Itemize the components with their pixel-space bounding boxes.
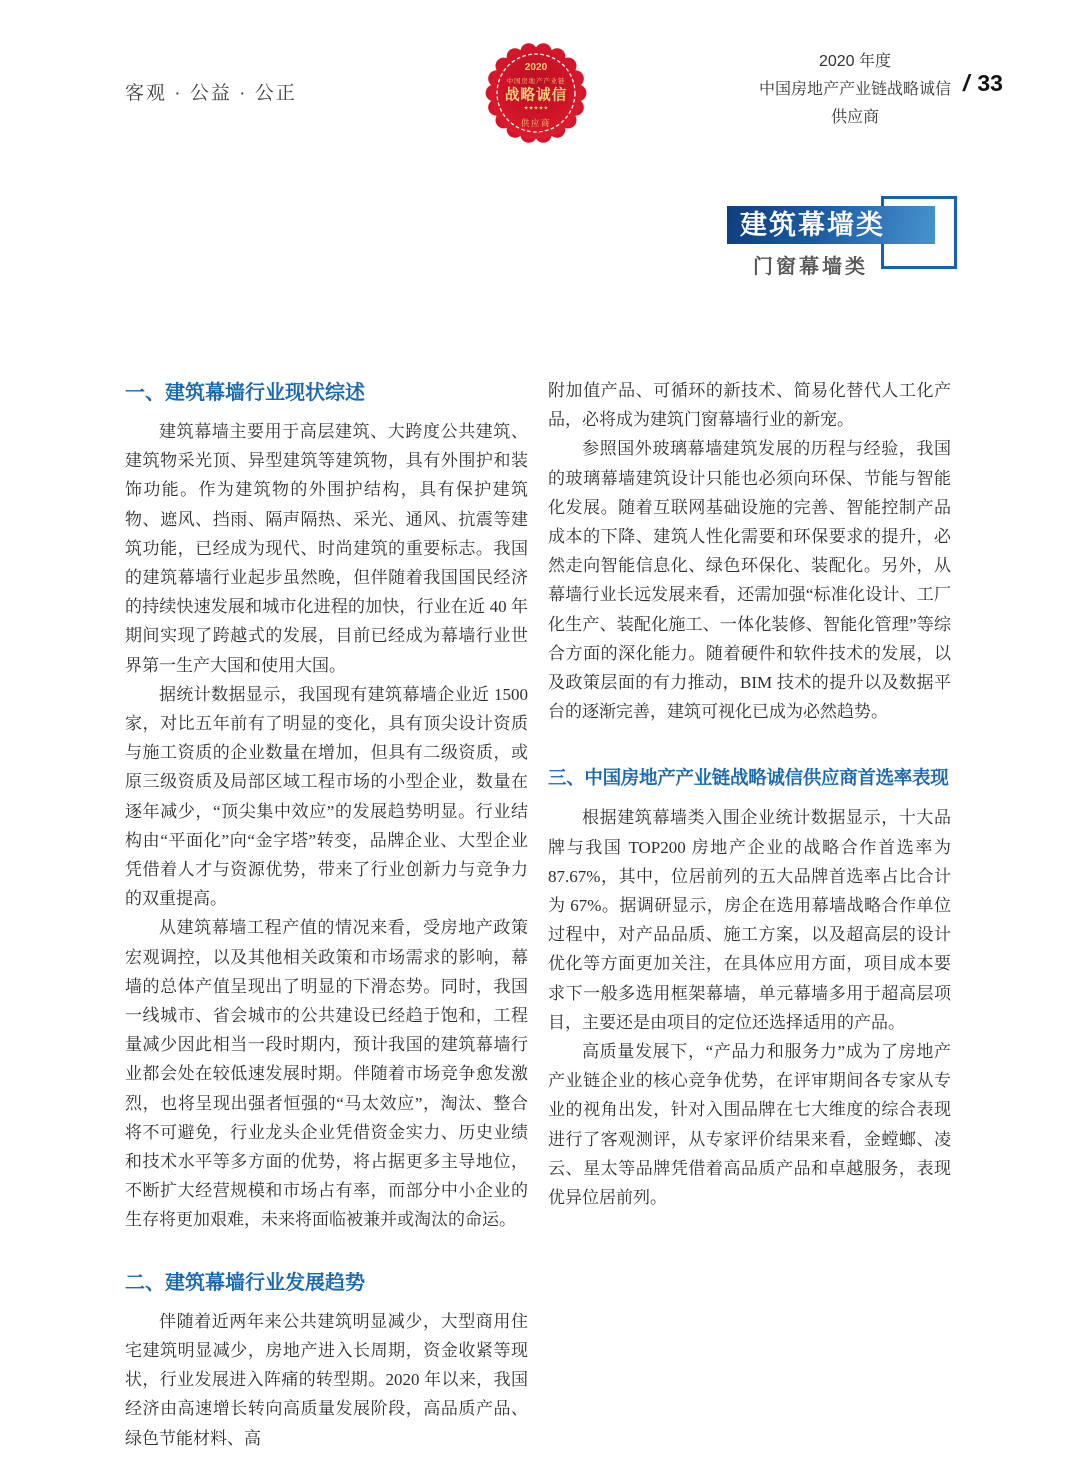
seal-year: 2020 — [525, 62, 548, 73]
seal-bottom-text: 供应商 — [521, 118, 551, 128]
header-slogan: 客观 · 公益 · 公正 — [125, 78, 297, 105]
seal-main-text: 战略诚信 — [505, 85, 567, 103]
seal-icon: 2020 中国房地产产业链 战略诚信 ★★★★★ 供应商 — [481, 36, 591, 150]
section2-paragraph: 伴随着近两年来公共建筑明显减少，大型商用住宅建筑明显减少，房地产进入长周期，资金… — [125, 1307, 528, 1453]
strategic-integrity-seal: 2020 中国房地产产业链 战略诚信 ★★★★★ 供应商 — [481, 36, 591, 150]
left-column: 一、建筑幕墙行业现状综述 建筑幕墙主要用于高层建筑、大跨度公共建筑、建筑物采光顶… — [125, 376, 528, 1453]
header-title-line: 中国房地产产业链战略诚信 — [735, 76, 975, 104]
section3-heading: 三、中国房地产产业链战略诚信供应商首选率表现 — [548, 764, 951, 790]
subcategory-label: 门窗幕墙类 — [753, 250, 868, 279]
header-year-line: 2020 年度 — [735, 48, 975, 76]
page-number-slash: / — [963, 70, 969, 96]
category-banner: 建筑幕墙类 — [727, 206, 935, 244]
header-title-block: 2020 年度 中国房地产产业链战略诚信 供应商 — [735, 48, 975, 132]
seal-small-text: 中国房地产产业链 — [507, 76, 566, 85]
section1-heading: 一、建筑幕墙行业现状综述 — [125, 376, 528, 405]
section2-heading: 二、建筑幕墙行业发展趋势 — [125, 1266, 528, 1295]
page-number: /33 — [963, 70, 1003, 97]
header-subtitle-line: 供应商 — [735, 104, 975, 132]
page-number-value: 33 — [977, 70, 1003, 96]
section2-paragraph: 参照国外玻璃幕墙建筑发展的历程与经验，我国的玻璃幕墙建筑设计只能也必须向环保、节… — [548, 434, 951, 726]
seal-stars: ★★★★★ — [524, 105, 549, 112]
section1-paragraph: 从建筑幕墙工程产值的情况来看，受房地产政策宏观调控，以及其他相关政策和市场需求的… — [125, 913, 528, 1234]
article-body: 一、建筑幕墙行业现状综述 建筑幕墙主要用于高层建筑、大跨度公共建筑、建筑物采光顶… — [125, 376, 951, 1453]
section2-continuation-paragraph: 附加值产品、可循环的新技术、简易化替代人工化产品，必将成为建筑门窗幕墙行业的新宠… — [548, 376, 951, 434]
section3-paragraph: 高质量发展下，“产品力和服务力”成为了房地产产业链企业的核心竞争优势，在评审期间… — [548, 1037, 951, 1212]
section3-paragraph: 根据建筑幕墙类入围企业统计数据显示，十大品牌与我国 TOP200 房地产企业的战… — [548, 803, 951, 1037]
section1-paragraph: 建筑幕墙主要用于高层建筑、大跨度公共建筑、建筑物采光顶、异型建筑等建筑物，具有外… — [125, 417, 528, 680]
section1-paragraph: 据统计数据显示，我国现有建筑幕墙企业近 1500 家，对比五年前有了明显的变化，… — [125, 680, 528, 914]
right-column: 附加值产品、可循环的新技术、简易化替代人工化产品，必将成为建筑门窗幕墙行业的新宠… — [548, 376, 951, 1212]
